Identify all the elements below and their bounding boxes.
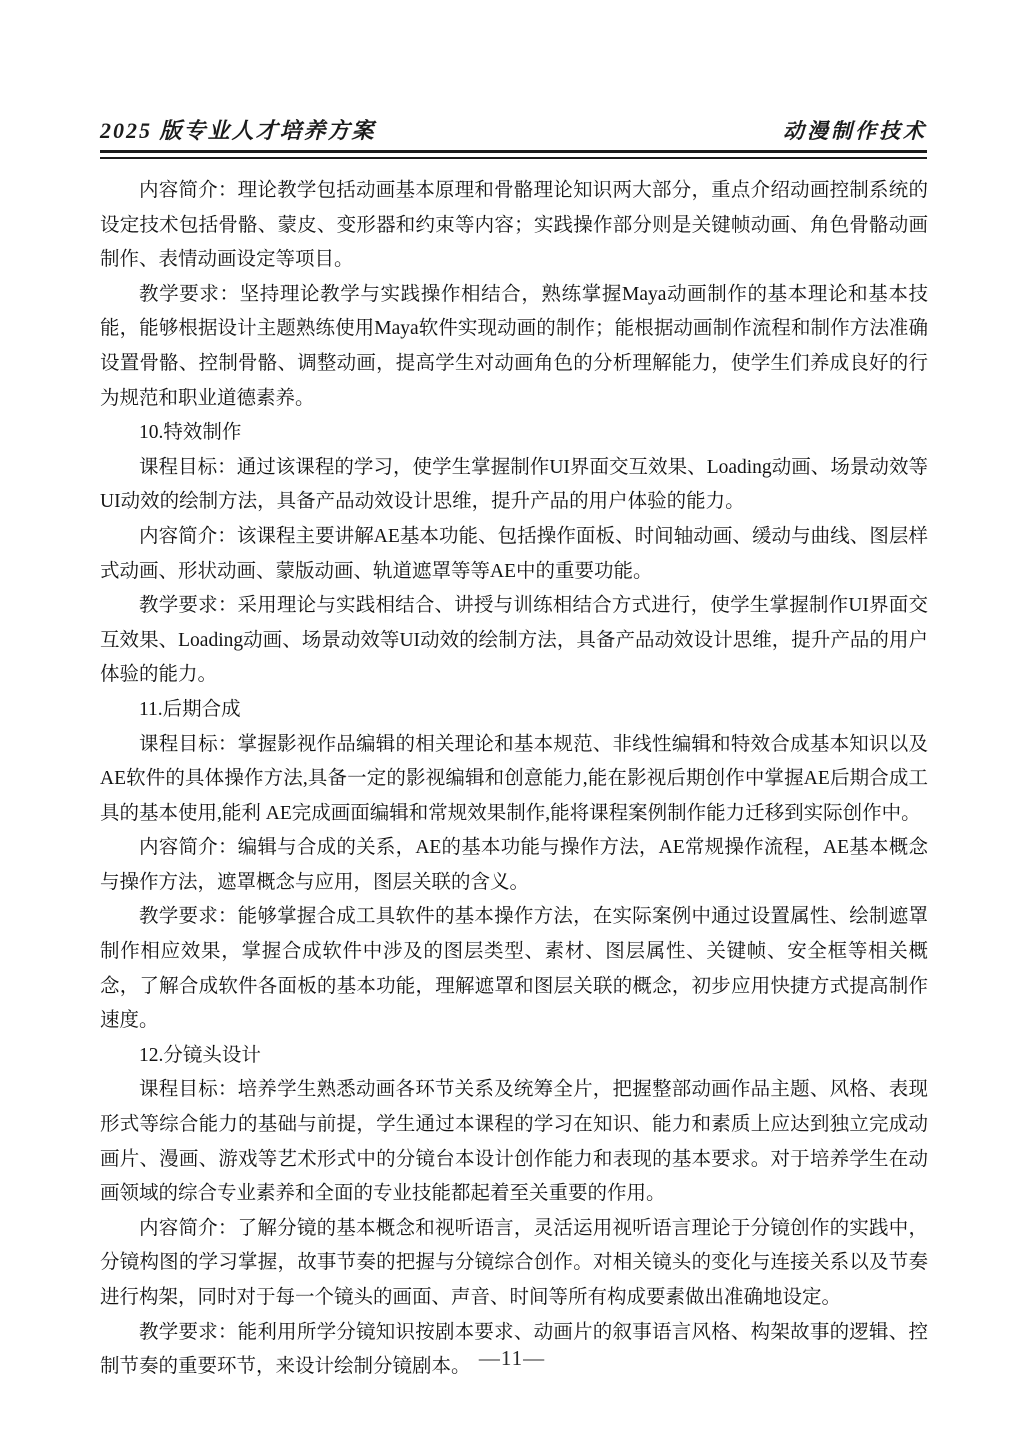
paragraph-content-intro: 内容简介：编辑与合成的关系，AE的基本功能与操作方法，AE常规操作流程，AE基本… [100, 831, 928, 900]
section-heading-11: 11.后期合成 [100, 693, 928, 728]
header-major-title: 动漫制作技术 [783, 115, 927, 145]
page-number: —11— [0, 1346, 1024, 1371]
page-header: 2025 版专业人才培养方案 动漫制作技术 [100, 114, 927, 159]
header-edition-title: 2025 版专业人才培养方案 [100, 114, 376, 145]
paragraph-content-intro: 内容简介：了解分镜的基本概念和视听语言，灵活运用视听语言理论于分镜创作的实践中，… [100, 1212, 928, 1316]
paragraph-teaching-req: 教学要求：坚持理论教学与实践操作相结合，熟练掌握Maya动画制作的基本理论和基本… [100, 278, 928, 416]
document-body: 内容简介：理论教学包括动画基本原理和骨骼理论知识两大部分，重点介绍动画控制系统的… [100, 174, 928, 1385]
section-heading-12: 12.分镜头设计 [100, 1039, 928, 1074]
document-page: 2025 版专业人才培养方案 动漫制作技术 内容简介：理论教学包括动画基本原理和… [0, 0, 1024, 1448]
header-double-rule [100, 150, 927, 159]
paragraph-teaching-req: 教学要求：能够掌握合成工具软件的基本操作方法，在实际案例中通过设置属性、绘制遮罩… [100, 900, 928, 1038]
paragraph-content-intro: 内容简介：理论教学包括动画基本原理和骨骼理论知识两大部分，重点介绍动画控制系统的… [100, 174, 928, 278]
paragraph-course-goal: 课程目标：通过该课程的学习，使学生掌握制作UI界面交互效果、Loading动画、… [100, 451, 928, 520]
paragraph-course-goal: 课程目标：培养学生熟悉动画各环节关系及统筹全片，把握整部动画作品主题、风格、表现… [100, 1073, 928, 1211]
paragraph-teaching-req: 教学要求：采用理论与实践相结合、讲授与训练相结合方式进行，使学生掌握制作UI界面… [100, 589, 928, 693]
section-heading-10: 10.特效制作 [100, 416, 928, 451]
paragraph-course-goal: 课程目标：掌握影视作品编辑的相关理论和基本规范、非线性编辑和特效合成基本知识以及… [100, 728, 928, 832]
paragraph-content-intro: 内容简介：该课程主要讲解AE基本功能、包括操作面板、时间轴动画、缓动与曲线、图层… [100, 520, 928, 589]
